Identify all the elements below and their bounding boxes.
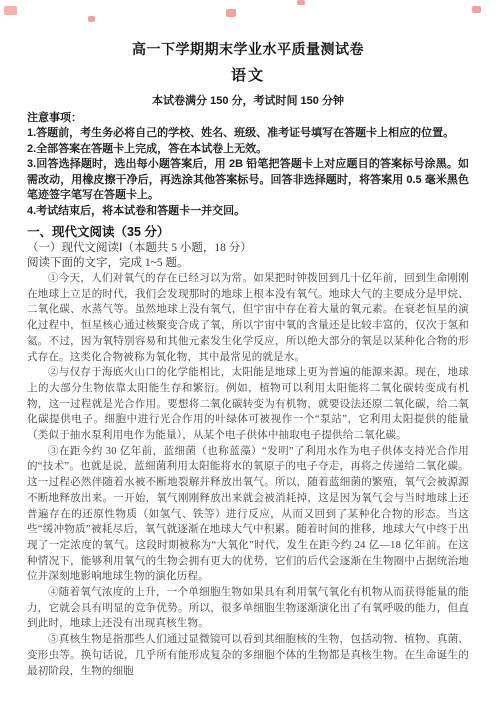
reading-paragraph-5: ⑤真核生物是指那些人们通过显微镜可以看到其细胞核的生物，包括动物、植物、真菌、变… — [27, 632, 469, 679]
reading-paragraph-2: ②与仅存于海底火山口的化学能相比，太阳能是地球上更为普遍的能源来源。现在，地球上… — [27, 365, 469, 444]
notice-item-4: 4.考试结束后，将本试卷和答题卡一并交回。 — [27, 204, 469, 220]
notice-item-1: 1.答题前，考生务必将自己的学校、姓名、班级、准考证号填写在答题卡上相应的位置。 — [27, 126, 469, 142]
red-scan-mark — [472, 6, 481, 13]
notice-item-3: 3.回答选择题时，选出每小题答案后，用 2B 铅笔把答题卡上对应题目的答案标号涂… — [27, 157, 469, 204]
section-heading-modern-reading: 一、现代文阅读（35 分） — [27, 224, 469, 240]
notices-heading: 注意事项： — [27, 111, 469, 126]
red-scan-mark — [88, 16, 95, 22]
exam-paper-page: 高一下学期期末学业水平质量测试卷 语文 本试卷满分 150 分，考试时间 150… — [0, 0, 496, 702]
reading-paragraph-4: ④随着氧气浓度的上升，一个单细胞生物如果具有利用氧气氧化有机物从而获得能量的能力… — [27, 585, 469, 632]
reading-paragraph-3: ③在距今约 30 亿年前，蓝细菌（也称蓝藻）“发明”了利用水作为电子供体支持光合… — [27, 444, 469, 585]
reading-instruction: 阅读下面的文字，完成 1~5 题。 — [27, 256, 469, 271]
exam-title: 高一下学期期末学业水平质量测试卷 — [27, 40, 469, 58]
notice-item-2: 2.全部答案在答题卡上完成，答在本试卷上无效。 — [27, 142, 469, 158]
subject-title: 语文 — [27, 67, 469, 85]
exam-info-line: 本试卷满分 150 分，考试时间 150 分钟 — [27, 94, 469, 108]
subsection-heading-reading-1: （一）现代文阅读Ⅰ（本题共 5 小题，18 分） — [27, 240, 469, 256]
red-scan-mark — [226, 9, 236, 17]
red-scan-mark — [297, 0, 305, 5]
reading-paragraph-1: ①今天，人们对氧气的存在已经习以为常。如果把时钟拨回到几十亿年前，回到生命刚刚在… — [27, 271, 469, 365]
red-scan-mark — [4, 6, 17, 15]
